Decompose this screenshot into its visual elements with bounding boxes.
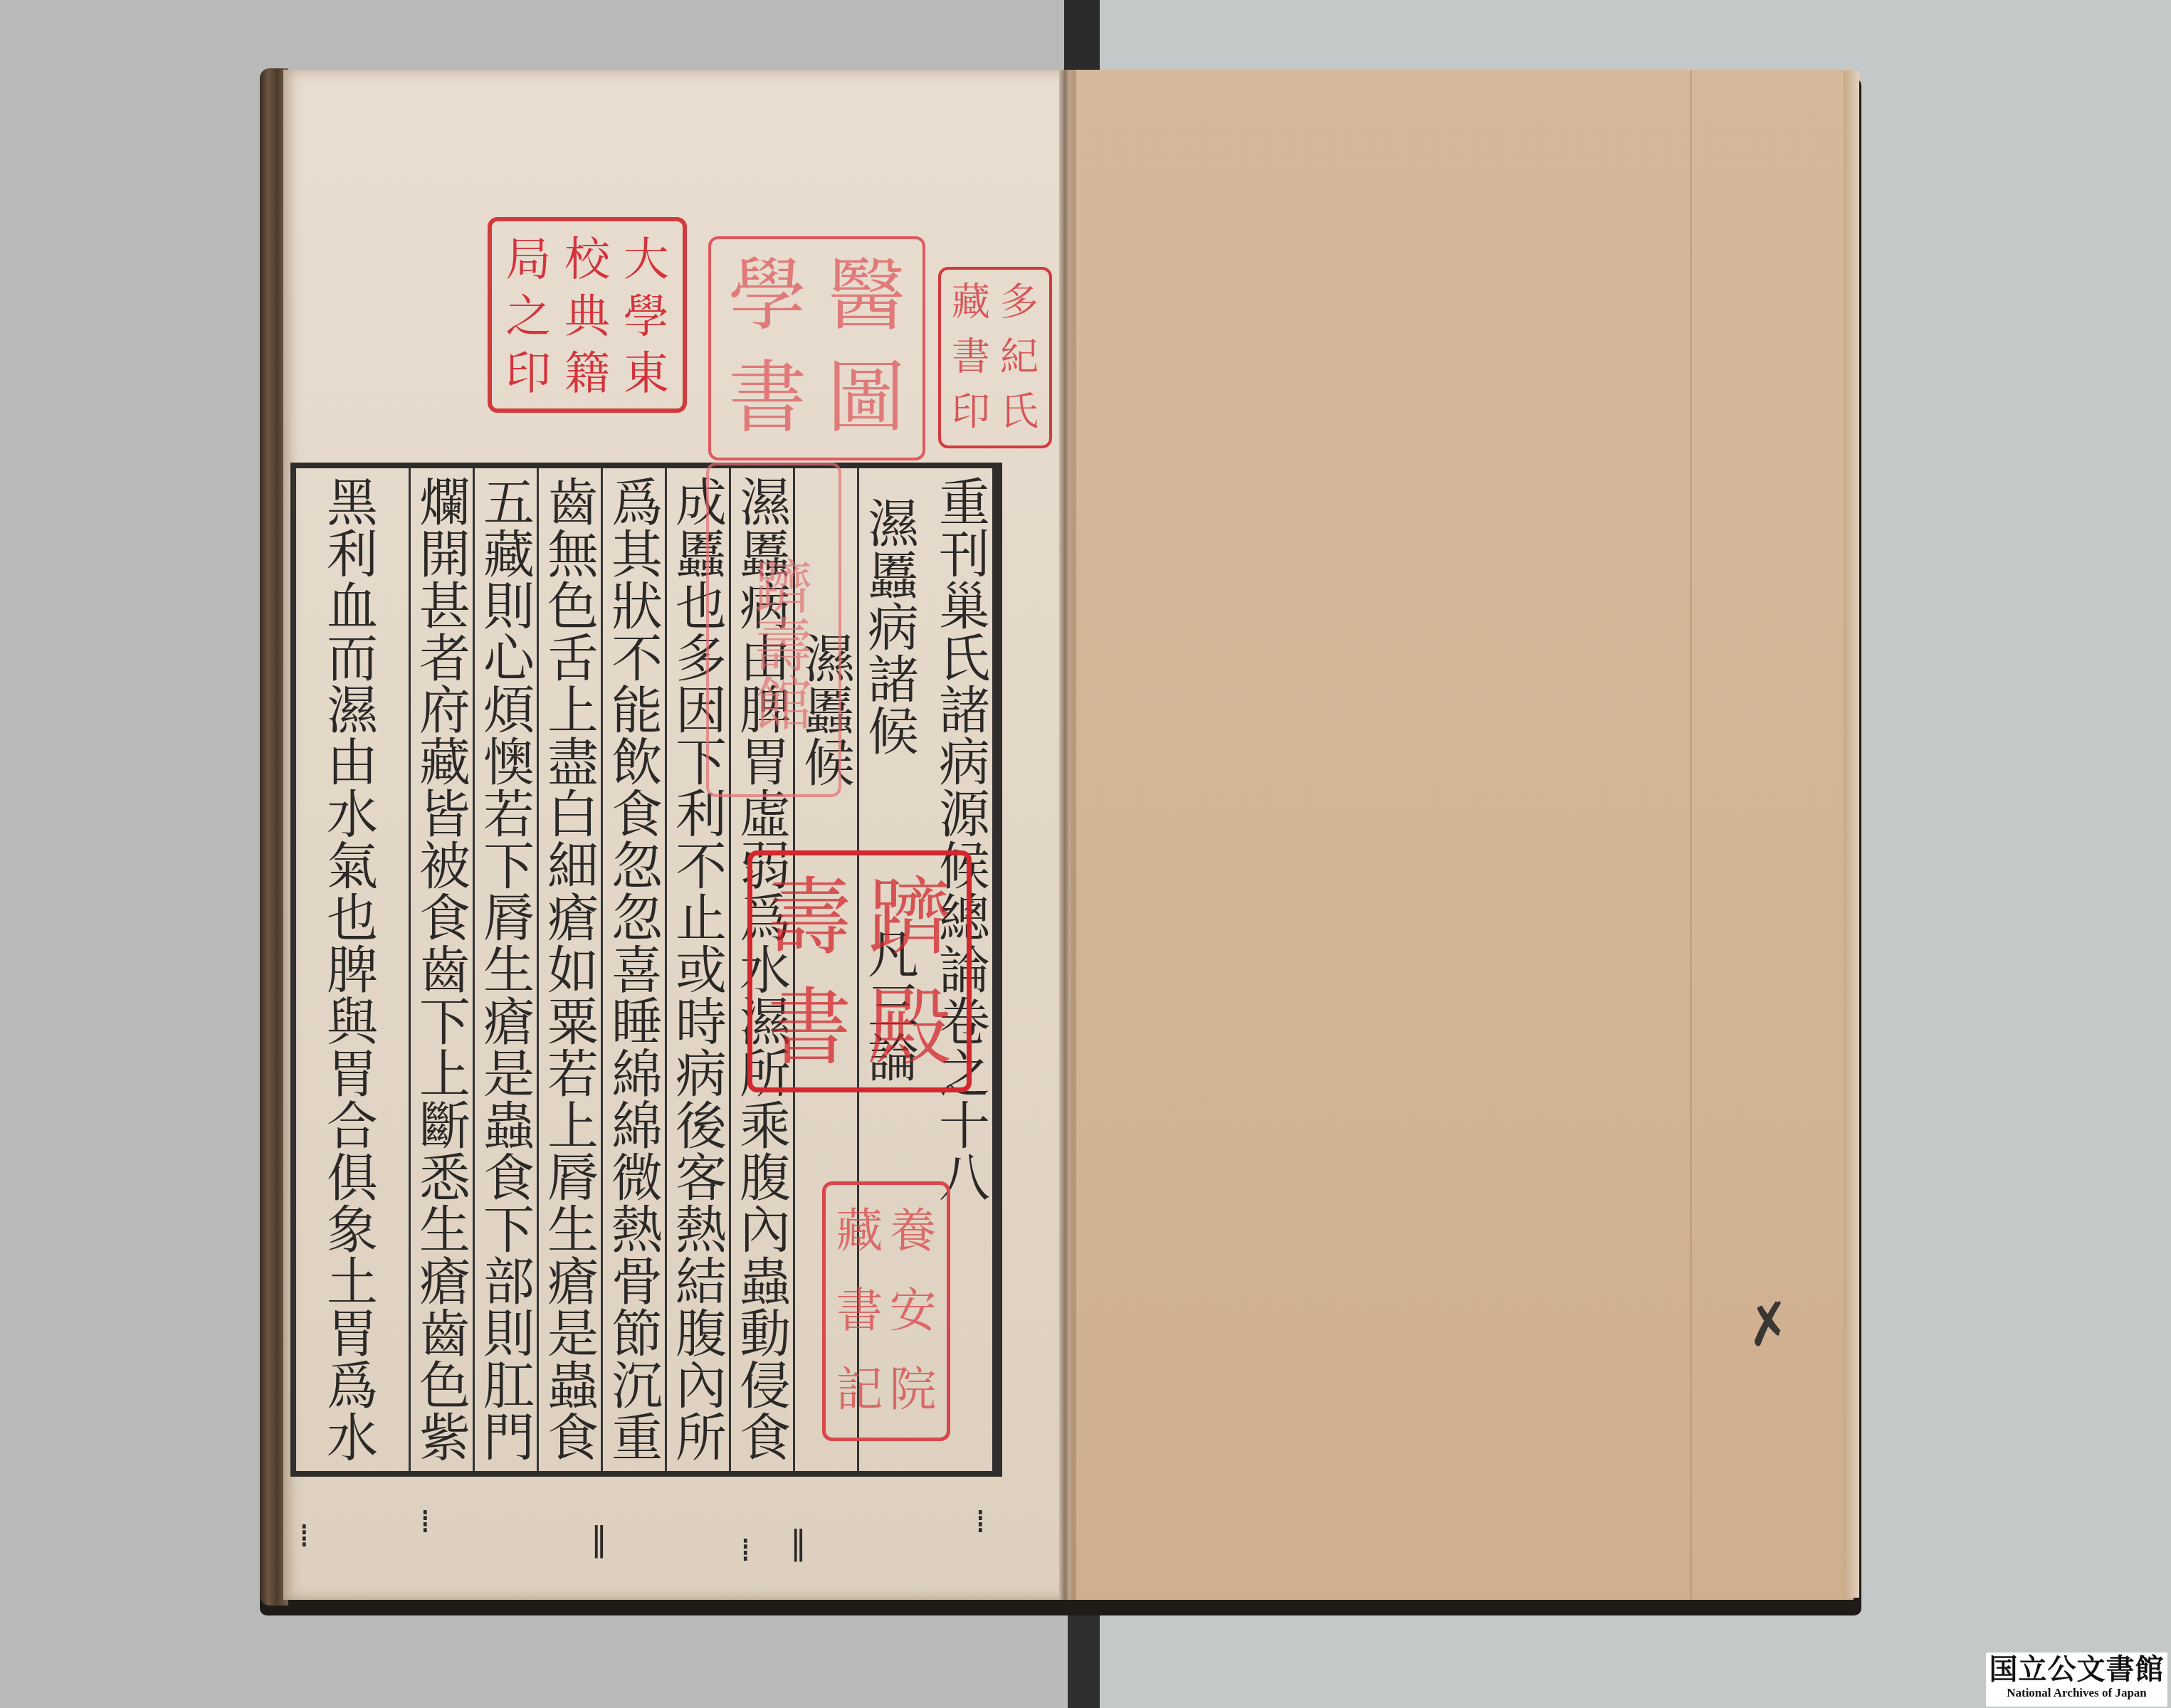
seal-char: 圖 [820, 352, 913, 448]
seal-char: 東 [616, 345, 676, 402]
archive-name-english: National Archives of Japan [1986, 1685, 2167, 1701]
seal-char: 大 [616, 231, 676, 288]
seal-char: 書 [759, 973, 860, 1083]
right-page-fold-line [1690, 70, 1692, 1600]
seal-char: 壽 [759, 863, 860, 973]
right-page-edge [1844, 71, 1859, 1598]
seal-char: 局 [499, 231, 558, 288]
seal-center-large: 躋 壽 殿 書 [747, 850, 972, 1092]
seal-char: 校 [558, 231, 617, 288]
seal-taki-collection: 多 紀 氏 藏 書 印 [938, 267, 1052, 448]
wormhole-damage-icon: ✗ [1739, 1292, 1799, 1360]
seal-char: 躋 [860, 863, 960, 973]
seal-char: 之 [499, 288, 558, 345]
seal-char: 醫 [820, 249, 913, 346]
seal-char: 藏 [833, 1192, 886, 1272]
body-text-column: 爲其狀不能飲食忽忽喜睡綿綿微熱骨節沉重 [601, 468, 665, 1471]
book-gutter [1059, 70, 1071, 1600]
seal-char: 紀 [995, 330, 1044, 385]
seal-char: 殿 [860, 973, 960, 1083]
seal-char: 藏 [947, 275, 995, 330]
seal-char: 印 [499, 345, 558, 402]
body-text-column: 五藏則心煩懊若下脣生瘡是蟲食下部則肛門 [473, 468, 537, 1471]
ink-smudge: ⁞ [420, 1502, 431, 1540]
ink-smudge: ‖ [790, 1523, 806, 1561]
body-text-column: 齒無色舌上盡白細瘡如粟若上脣生瘡是蟲食 [537, 468, 601, 1471]
seal-char: 籍 [558, 345, 617, 402]
seal-char: 印 [947, 385, 995, 440]
seal-column-overlay: 躋壽館 [706, 463, 841, 797]
right-page-crease [1071, 70, 1076, 1600]
ink-smudge: ⁞ [299, 1516, 310, 1554]
seal-char: 院 [886, 1351, 940, 1430]
ink-smudge: ‖ [591, 1519, 607, 1558]
ink-smudge: ⁞ [975, 1502, 986, 1540]
seal-char: 氏 [995, 385, 1044, 440]
ink-smudge: ⁞ [740, 1530, 751, 1569]
body-text-column: 黑利血而濕由水氣也脾與胃合俱象土胃爲水 [293, 468, 409, 1471]
seal-char: 安 [886, 1272, 940, 1351]
seal-char: 書 [833, 1272, 886, 1351]
seal-char: 典 [558, 288, 617, 345]
seal-char: 記 [833, 1351, 886, 1430]
right-page-blank [1071, 70, 1854, 1600]
seal-char: 學 [721, 249, 814, 346]
archive-name-japanese: 国立公文書館 [1986, 1654, 2167, 1685]
seal-char: 書 [947, 330, 995, 385]
archive-logo: 国立公文書館 National Archives of Japan [1986, 1652, 2167, 1707]
seal-bottom-rectangular: 養 安 院 藏 書 記 [822, 1181, 950, 1441]
seal-university-library: 大 學 東 校 典 籍 局 之 印 [488, 217, 687, 413]
seal-char: 書 [721, 352, 814, 448]
background-divider-strip [1064, 0, 1100, 78]
seal-igakukan: 醫 學 圖 書 [708, 236, 925, 460]
seal-char: 多 [995, 275, 1044, 330]
chapter-heading: 濕䘌病諸候 [859, 483, 919, 757]
body-text-column: 爛開甚者府藏皆被食齒下上斷悉生瘡齒色紫 [409, 468, 473, 1471]
seal-char: 養 [886, 1192, 940, 1272]
seal-char: 學 [616, 288, 676, 345]
